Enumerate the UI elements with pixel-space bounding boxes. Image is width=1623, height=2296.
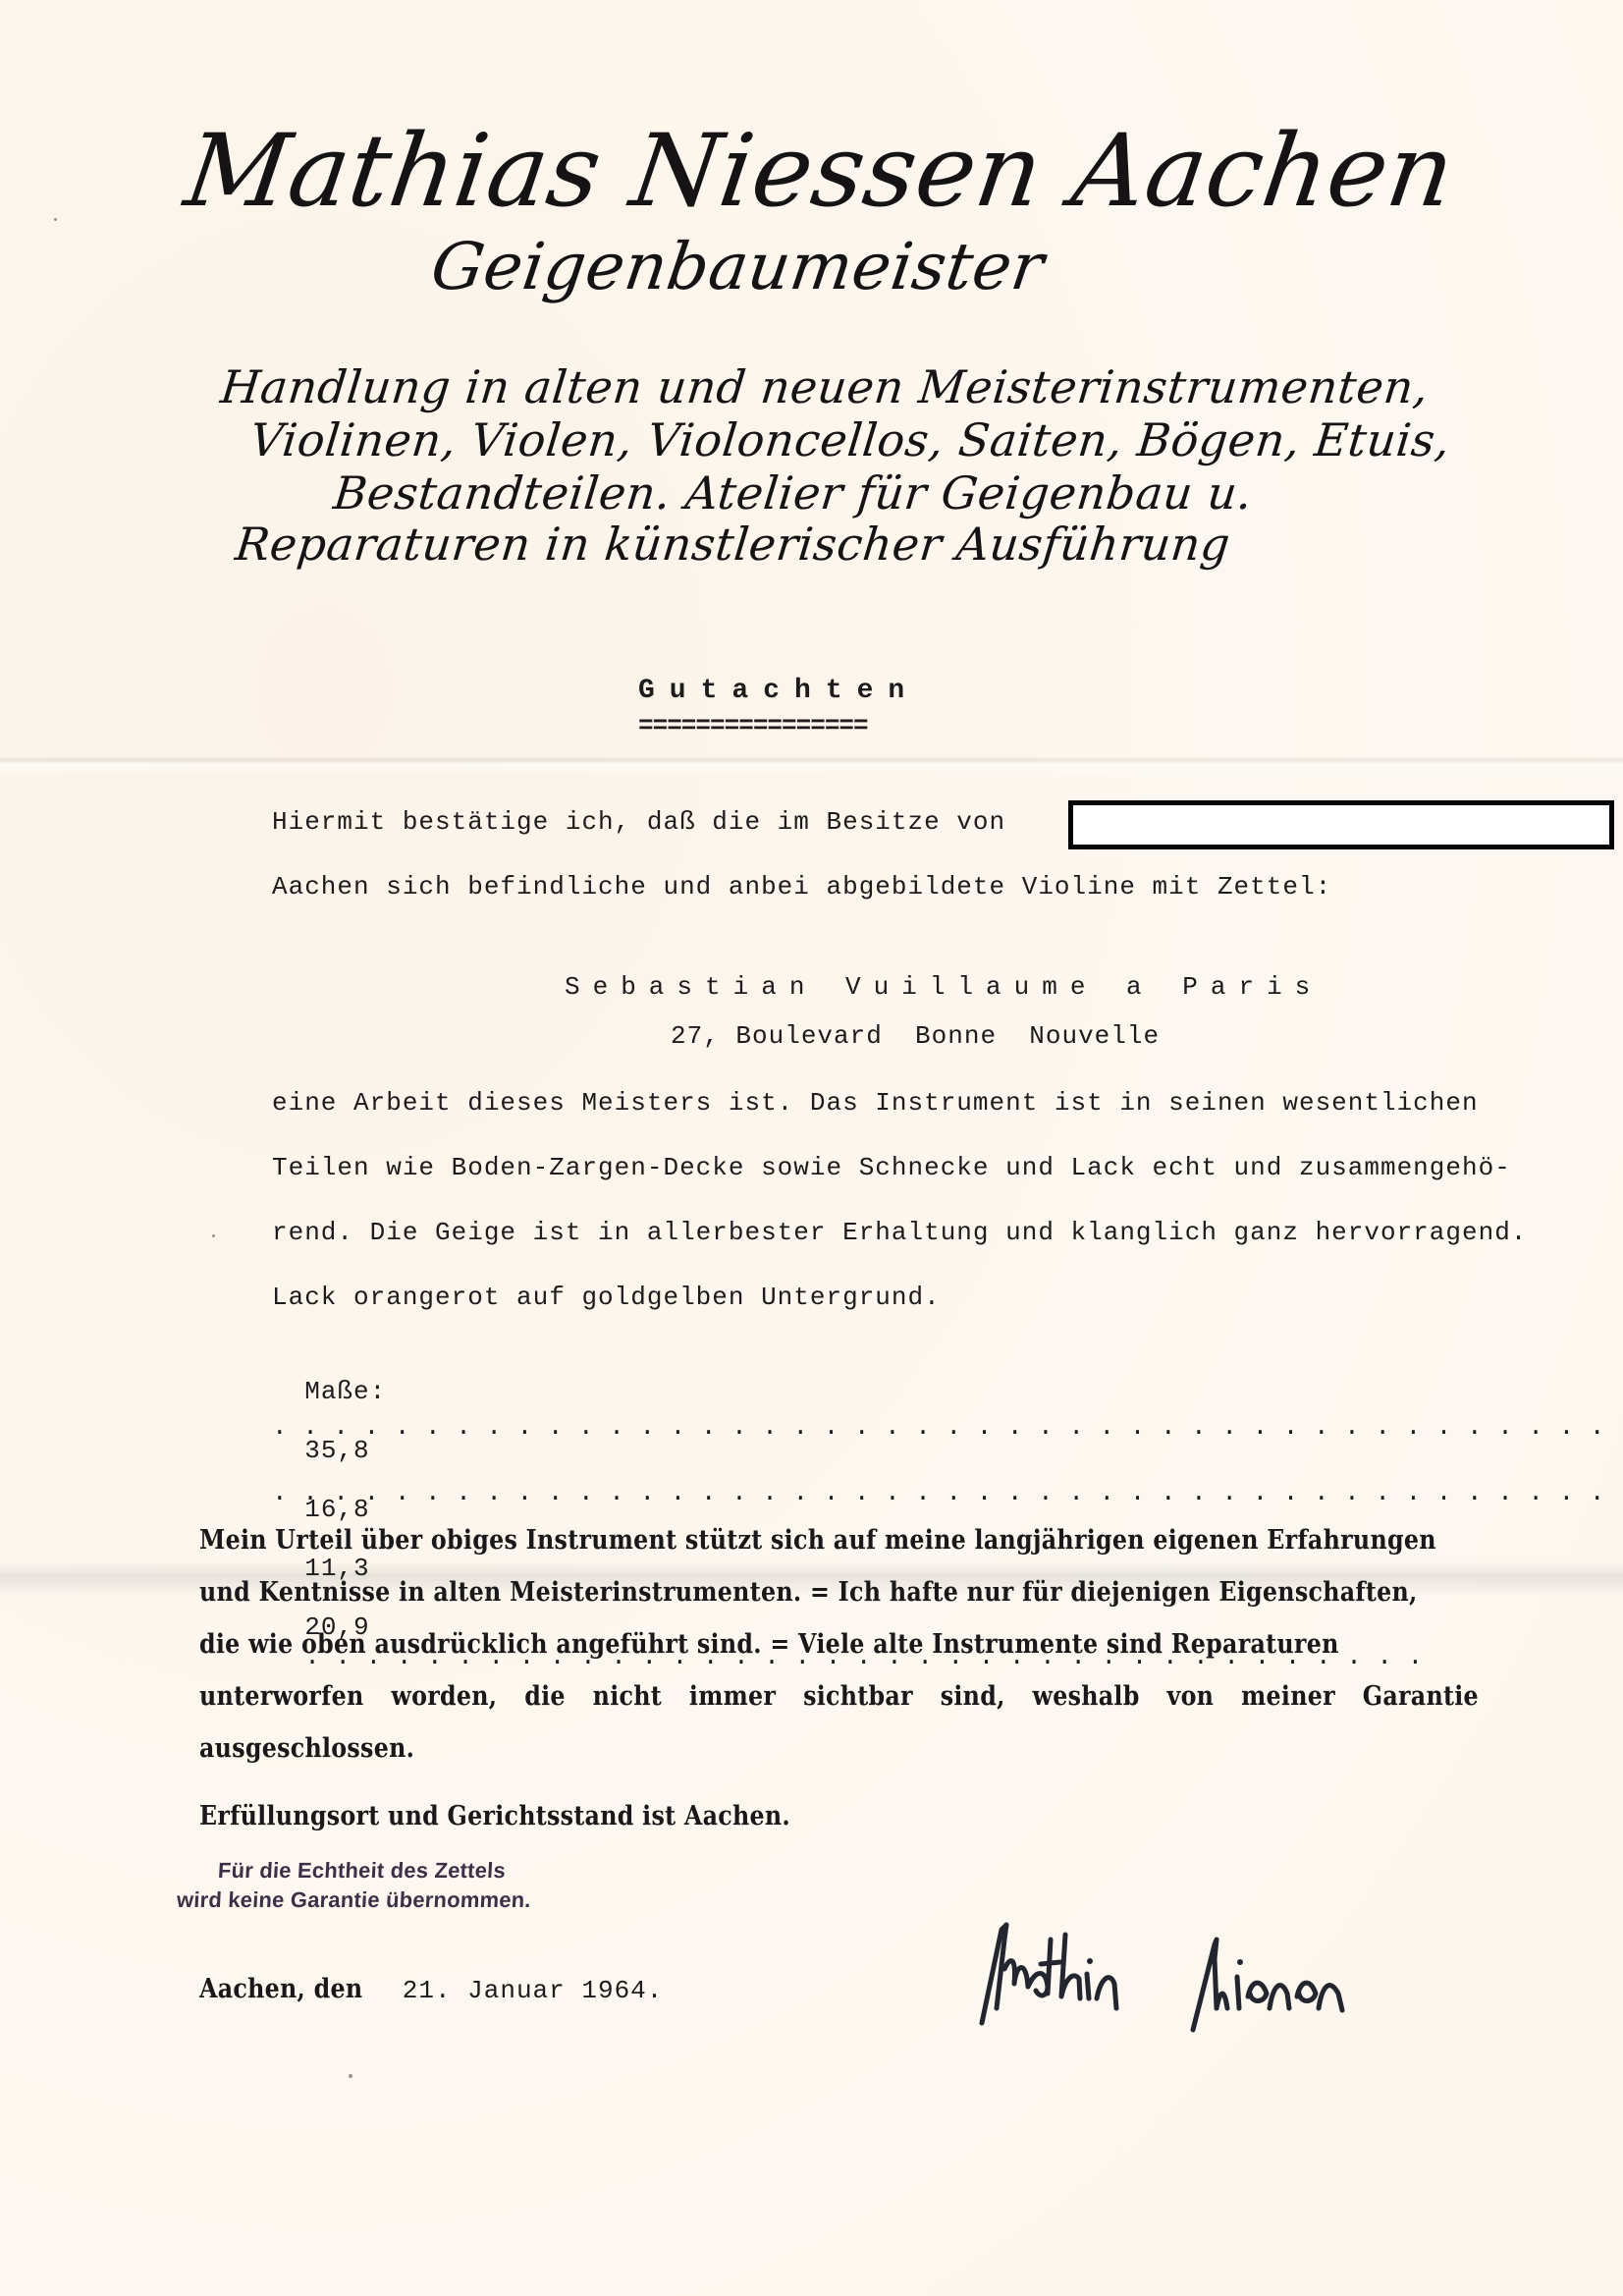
maker-address: 27, Boulevard Bonne Nouvelle bbox=[671, 1021, 1160, 1051]
body-line-8: Lack orangerot auf goldgelben Untergrund… bbox=[272, 1283, 941, 1312]
stamp-line-1: Für die Echtheit des Zettels bbox=[217, 1856, 506, 1886]
jurisdiction-line: Erfüllungsort und Gerichtsstand ist Aach… bbox=[199, 1801, 790, 1831]
redaction-box bbox=[1068, 800, 1614, 849]
measurements-row: Maße: 35,8 16,8 11,3 20,9 . . . . . . . … bbox=[272, 1347, 1423, 1671]
letterhead-line-3: Bestandteilen. Atelier für Geigenbau u. bbox=[331, 467, 1255, 519]
letterhead-line-1: Handlung in alten und neuen Meisterinstr… bbox=[218, 361, 1431, 412]
document-heading: Gutachten bbox=[638, 676, 919, 706]
stamp-line-2: wird keine Garantie übernommen. bbox=[176, 1886, 531, 1915]
letterhead-name: Mathias Niessen Aachen bbox=[178, 108, 1472, 236]
paper-mark bbox=[349, 2074, 352, 2078]
body-line-1: Hiermit bestätige ich, daß die im Besitz… bbox=[272, 807, 1005, 837]
body-line-5: eine Arbeit dieses Meisters ist. Das Ins… bbox=[272, 1088, 1479, 1118]
disclaimer-line-2: und Kentnisse in alten Meisterinstrument… bbox=[199, 1577, 1418, 1608]
dots-line-2: . . . . . . . . . . . . . . . . . . . . … bbox=[272, 1412, 1617, 1442]
maker-name: Sebastian Vuillaume a Paris bbox=[565, 972, 1323, 1002]
place-prefix: Aachen, den bbox=[199, 1974, 362, 2004]
letterhead-title: Geigenbaumeister bbox=[426, 228, 1049, 306]
signature-icon bbox=[957, 1900, 1389, 2038]
place-date: Aachen, den 21. Januar 1964. bbox=[199, 1974, 663, 2005]
body-line-6: Teilen wie Boden-Zargen-Decke sowie Schn… bbox=[272, 1153, 1511, 1182]
disclaimer-line-3: die wie oben ausdrücklich angeführt sind… bbox=[199, 1629, 1339, 1660]
heading-underline: ================ bbox=[638, 711, 868, 740]
dots-line-3: . . . . . . . . . . . . . . . . . . . . … bbox=[272, 1478, 1617, 1507]
paper-mark bbox=[212, 1234, 215, 1237]
measurements-label: Maße: bbox=[304, 1377, 386, 1406]
signature bbox=[957, 1900, 1389, 2038]
body-line-7: rend. Die Geige ist in allerbester Erhal… bbox=[272, 1218, 1527, 1247]
body-line-2: Aachen sich befindliche und anbei abgebi… bbox=[272, 872, 1331, 902]
paper-mark bbox=[54, 218, 57, 221]
letterhead-line-4: Reparaturen in künstlerischer Ausführung bbox=[233, 519, 1232, 570]
disclaimer-line-4: unterworfen worden, die nicht immer sich… bbox=[199, 1681, 1479, 1712]
disclaimer-line-1: Mein Urteil über obiges Instrument stütz… bbox=[199, 1525, 1436, 1556]
disclaimer-line-5: ausgeschlossen. bbox=[199, 1733, 414, 1764]
letterhead-line-2: Violinen, Violen, Violoncellos, Saiten, … bbox=[247, 414, 1452, 465]
date: 21. Januar 1964. bbox=[403, 1976, 664, 2005]
